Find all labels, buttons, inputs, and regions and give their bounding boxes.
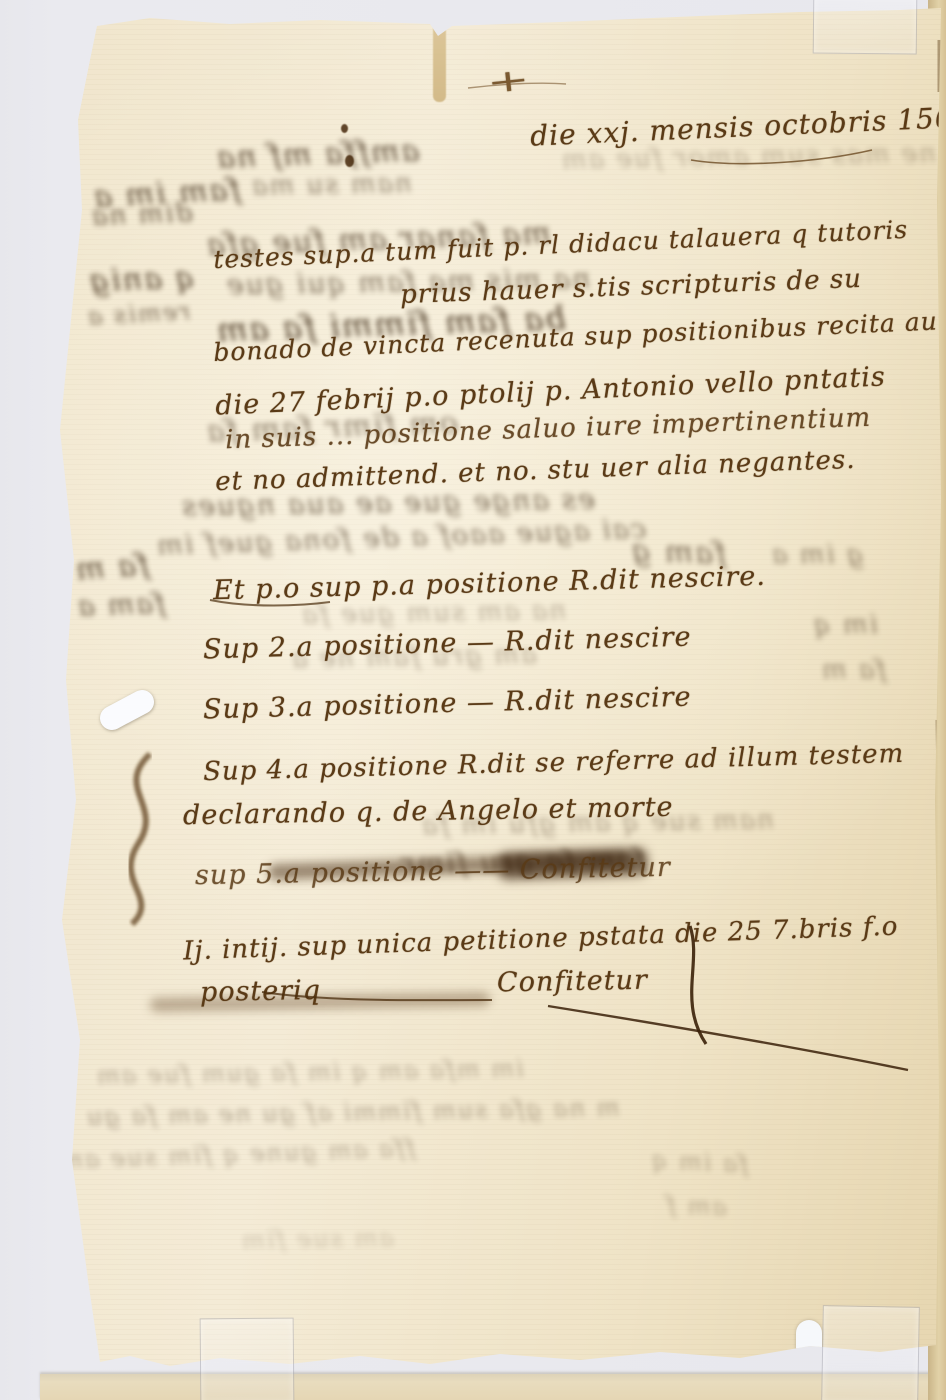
ink-speck	[341, 124, 348, 133]
date-line: die xxj. mensis octobris 1569	[529, 100, 946, 152]
manuscript-line: Sup 2.a positione — R.dit nescire	[203, 622, 692, 666]
bleedthrough-mark: fa m	[820, 655, 886, 685]
bleedthrough-mark: g im a	[770, 540, 864, 570]
bleedthrough-mark: fam a	[75, 586, 165, 622]
paper-abrasion	[796, 1320, 822, 1380]
bleedthrough-mark: remis a	[85, 297, 191, 330]
manuscript-line: declarando q. de Angelo et morte	[183, 792, 674, 832]
paper-stain	[433, 14, 446, 102]
bleedthrough-mark: nam su ma	[250, 169, 412, 202]
bleedthrough-mark: fam im a	[91, 172, 241, 215]
bleedthrough-mark: am f	[665, 1191, 728, 1221]
bleedthrough-mark: ffa am gune q fim sue am	[58, 1134, 416, 1174]
paper-hole	[96, 686, 158, 734]
manuscript-line: et no admittend. et no. stu uer alia neg…	[215, 445, 856, 497]
bleedthrough-mark: im mfa am q im fa gum fue am	[95, 1054, 524, 1089]
bleedthrough-mark: q anig	[87, 260, 195, 299]
manuscript-line: Ij. intij. sup unica petitione pstata di…	[183, 912, 899, 967]
tape-strip-top-right	[813, 0, 918, 55]
bleedthrough-mark: dim na	[90, 198, 193, 232]
manuscript-line: posteriq	[200, 975, 322, 1008]
tape-strip-bottom-center	[200, 1318, 295, 1400]
photograph-background: amffa mf na ne mas sum amor fue am fam i…	[0, 0, 946, 1400]
manuscript-line: Sup 3.a positione — R.dit nescire	[203, 682, 692, 726]
ink-speck	[345, 155, 354, 167]
tape-strip-bottom-right	[821, 1305, 920, 1400]
manuscript-line: Confitetur	[497, 965, 648, 999]
bleedthrough-mark: fa im q	[649, 1145, 749, 1178]
underlying-sheet-edge	[40, 1374, 946, 1400]
bleedthrough-mark: amffa mf na	[214, 133, 419, 175]
manuscript-page: amffa mf na ne mas sum amor fue am fam i…	[0, 0, 946, 1400]
bleedthrough-mark: am sue fim	[240, 1224, 394, 1255]
manuscript-line: bonado de vincta recenuta sup positionib…	[213, 306, 946, 367]
bleedthrough-mark: m na gfa sum fimmi af gu ne am fa gu	[85, 1093, 620, 1130]
bleedthrough-mark: fa m	[73, 547, 150, 587]
manuscript-line: prius hauer s.tis scripturis de su	[400, 264, 863, 310]
manuscript-line: Et p.o sup p.a positione R.dit nescire.	[213, 561, 767, 606]
manuscript-line: Sup 4.a positione R.dit se referre ad il…	[203, 739, 905, 787]
bleedthrough-mark: cai ague aaof a de fona guef im	[155, 513, 647, 561]
manuscript-line: sup 5.a positione —— Confitetur	[195, 852, 671, 891]
bleedthrough-mark: im q	[812, 610, 878, 640]
cross-mark: +	[485, 62, 533, 101]
